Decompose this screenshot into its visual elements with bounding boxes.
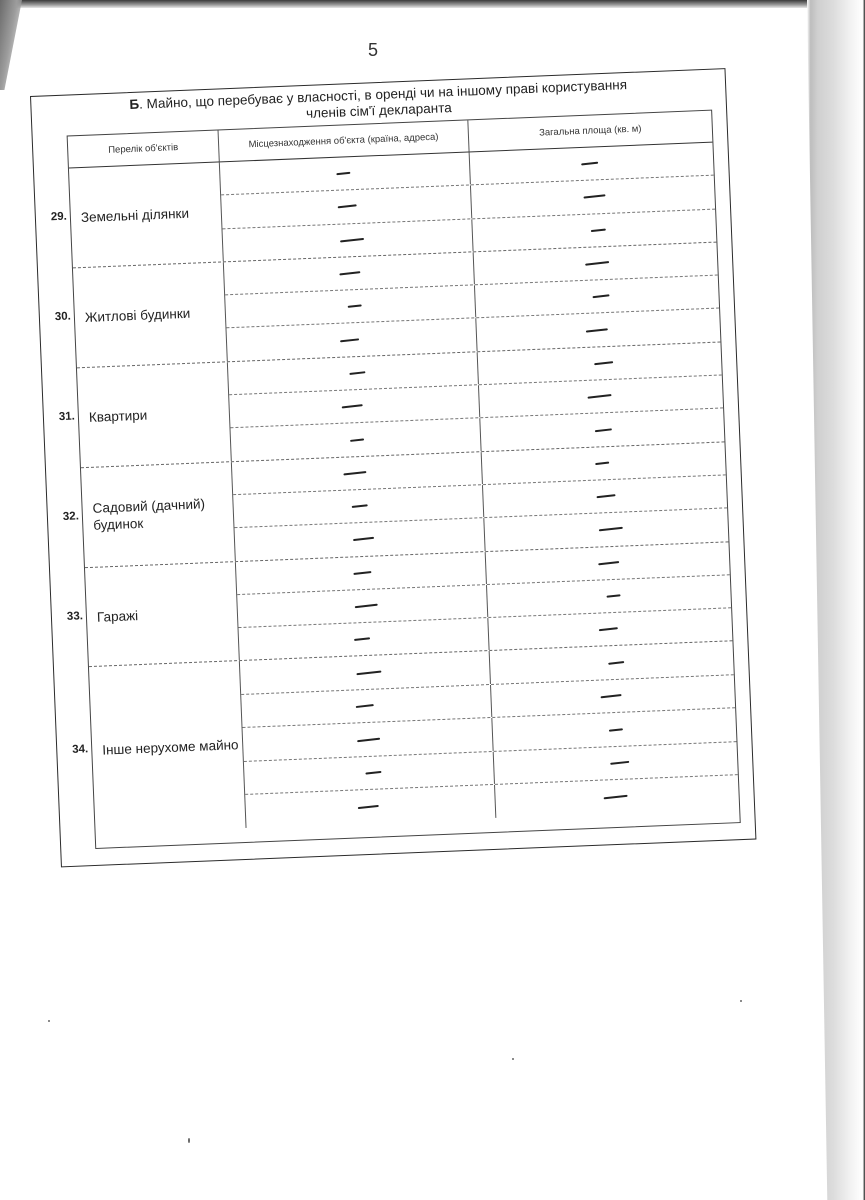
group-entries	[220, 143, 717, 262]
property-table: Перелік об'єктів Місцезнаходження об'єкт…	[67, 110, 741, 849]
handwritten-dash-mark	[358, 805, 379, 809]
handwritten-dash-mark	[601, 694, 622, 698]
group-number: 30.	[43, 310, 71, 323]
handwritten-dash-mark	[583, 195, 605, 199]
group-entries	[236, 542, 733, 661]
group-number: 29.	[39, 211, 67, 224]
handwritten-dash-mark	[355, 604, 378, 609]
handwritten-dash-mark	[339, 271, 360, 275]
handwritten-dash-mark	[596, 494, 615, 498]
group-label: Квартири	[77, 362, 232, 467]
handwritten-dash-mark	[608, 661, 624, 665]
handwritten-dash-mark	[365, 771, 381, 775]
group-number: 32.	[51, 510, 79, 523]
group-label: Гаражі	[85, 562, 240, 667]
handwritten-dash-mark	[595, 461, 609, 465]
handwritten-dash-mark	[606, 594, 620, 598]
group-number: 34.	[60, 743, 88, 756]
handwritten-dash-mark	[599, 627, 618, 631]
group-number: 31.	[47, 410, 75, 423]
handwritten-dash-mark	[594, 361, 613, 365]
handwritten-dash-mark	[608, 728, 622, 732]
handwritten-dash-mark	[598, 527, 622, 532]
group-entries	[232, 442, 729, 561]
group-number: 33.	[55, 610, 83, 623]
page-number: 5	[368, 40, 378, 61]
handwritten-dash-mark	[598, 561, 619, 565]
scan-speck	[48, 1020, 50, 1022]
scan-edge-top	[0, 0, 865, 8]
handwritten-dash-mark	[343, 471, 366, 476]
handwritten-dash-mark	[592, 295, 609, 299]
group-entries	[224, 242, 721, 361]
group-label: Житлові будинки	[73, 262, 228, 367]
handwritten-dash-mark	[342, 404, 363, 408]
handwritten-dash-mark	[581, 162, 598, 166]
table-body: 29.Земельні ділянки30.Житлові будинки31.…	[69, 143, 740, 848]
handwritten-dash-mark	[338, 205, 357, 209]
handwritten-dash-mark	[603, 794, 627, 799]
handwritten-dash-mark	[610, 761, 629, 765]
handwritten-dash-mark	[353, 571, 371, 575]
scan-speck	[740, 1000, 742, 1002]
handwritten-dash-mark	[353, 537, 374, 541]
column-header-objects: Перелік об'єктів	[68, 130, 220, 167]
handwritten-dash-mark	[336, 172, 350, 176]
handwritten-dash-mark	[591, 228, 606, 232]
scan-edge-right	[807, 0, 865, 1200]
group-entries	[240, 642, 739, 828]
handwritten-dash-mark	[347, 305, 361, 309]
handwritten-dash-mark	[340, 338, 359, 342]
property-group-row: 34.Інше нерухоме майно	[89, 642, 739, 834]
handwritten-dash-mark	[357, 737, 380, 742]
group-label: Земельні ділянки	[69, 162, 224, 267]
group-entries	[228, 342, 725, 461]
handwritten-dash-mark	[585, 261, 609, 266]
group-label: Інше нерухоме майно	[89, 661, 247, 833]
handwritten-dash-mark	[587, 394, 611, 399]
handwritten-dash-mark	[356, 670, 381, 675]
handwritten-dash-mark	[354, 638, 370, 642]
handwritten-dash-mark	[595, 428, 612, 432]
group-label: Садовий (дачний) будинок	[81, 462, 236, 567]
scan-speck	[512, 1058, 514, 1060]
handwritten-dash-mark	[585, 328, 607, 332]
scan-speck	[188, 1138, 190, 1143]
handwritten-dash-mark	[349, 371, 365, 375]
handwritten-dash-mark	[349, 438, 363, 442]
scan-edge-left-corner	[0, 0, 22, 90]
declaration-form-section-b: Б. Майно, що перебуває у власності, в ор…	[30, 68, 756, 867]
handwritten-dash-mark	[351, 504, 367, 508]
section-letter: Б	[129, 97, 139, 112]
handwritten-dash-mark	[339, 238, 363, 243]
handwritten-dash-mark	[355, 704, 373, 708]
